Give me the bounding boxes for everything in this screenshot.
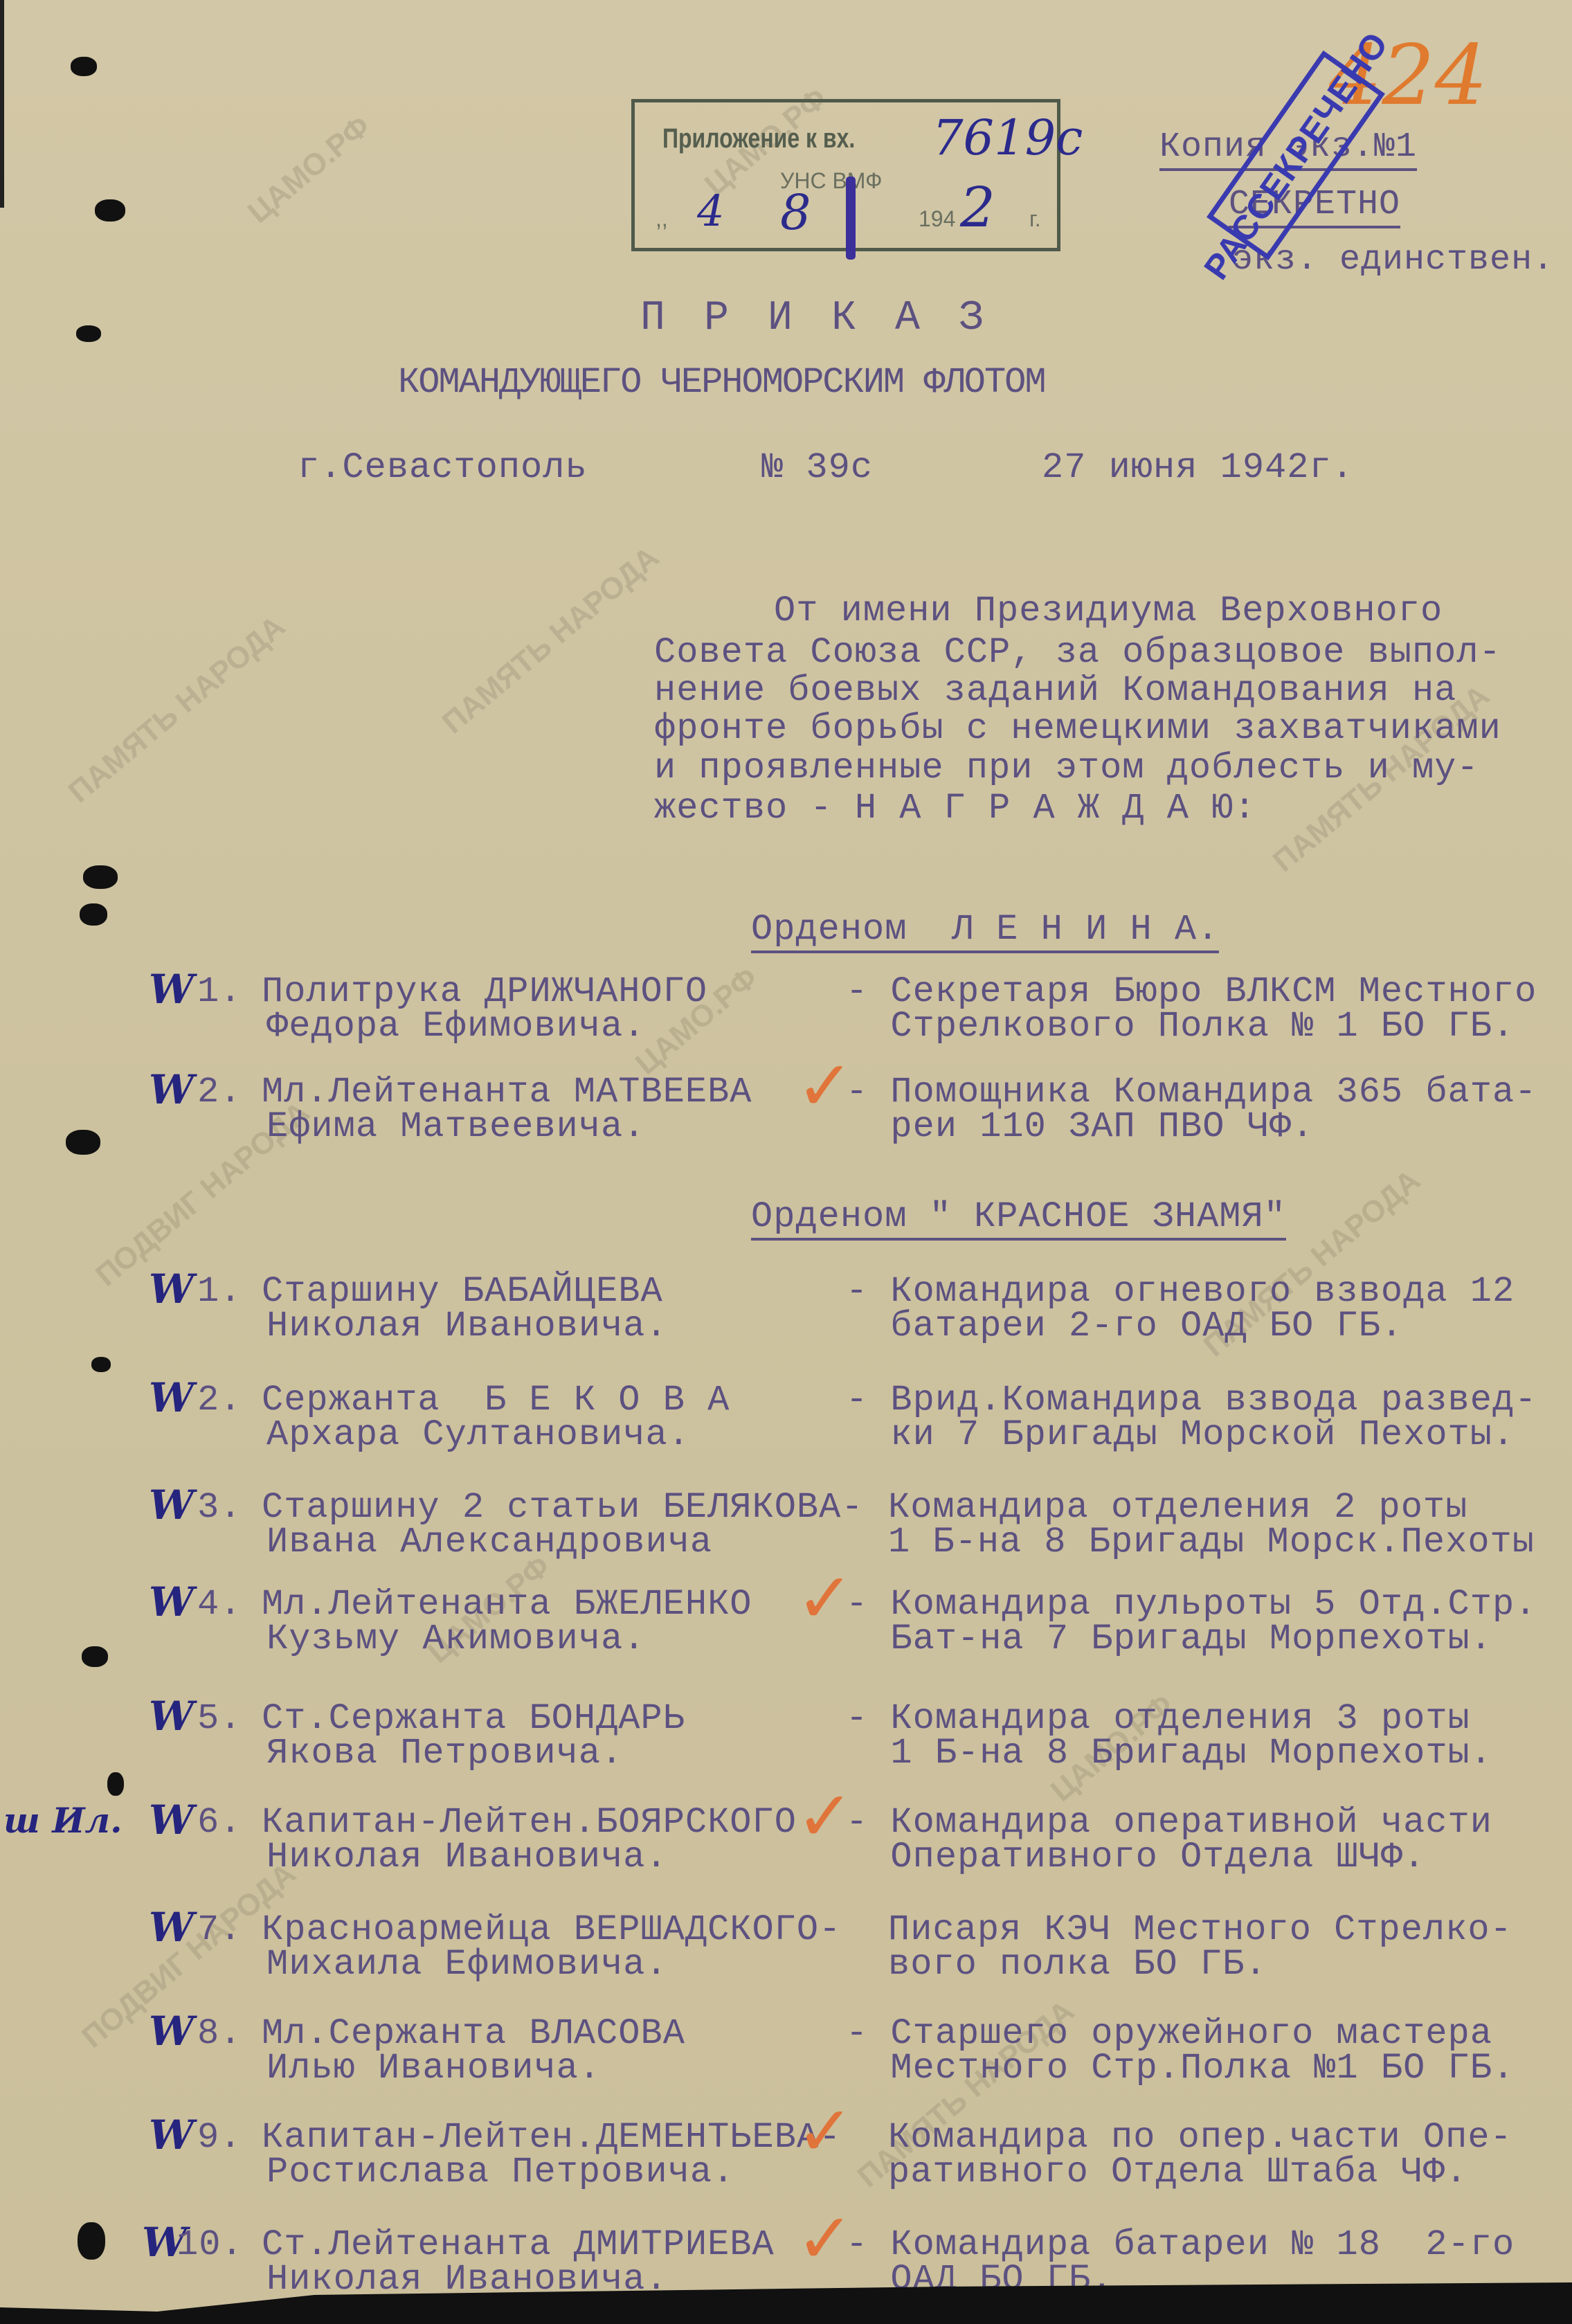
stamp-year-suffix: 2: [960, 175, 995, 240]
entry-given-names: Ефима Матвеевича.: [266, 1108, 646, 1146]
tick-mark-icon: W: [149, 1693, 194, 1740]
entry-position: вого полка БО ГБ.: [888, 1945, 1267, 1984]
check-mark-icon: ✓: [796, 1045, 854, 1126]
entry-given-names: Илью Ивановича.: [266, 2049, 601, 2088]
check-mark-icon: ✓: [796, 2091, 854, 2172]
stamp-year-g: г.: [1029, 206, 1041, 232]
entry-number: 8.: [197, 2015, 242, 2053]
entry-position: 1 Б-на 8 Бригады Морск.Пехоты: [888, 1523, 1535, 1562]
entry-given-names: Михаила Ефимовича.: [266, 1945, 668, 1984]
order-title: П Р И К А З: [640, 299, 991, 338]
entry-given-names: Кузьму Акимовича.: [266, 1620, 646, 1659]
punch-hole: [76, 325, 101, 342]
document-page: ЦАМО.РФ ЦАМО.РФ ПАМЯТЬ НАРОДА ПАМЯТЬ НАР…: [0, 0, 1572, 2324]
entry-position: ки 7 Бригады Морской Пехоты.: [846, 1416, 1515, 1454]
stamp-number: 7619с: [932, 109, 1083, 166]
entry-given-names: Архара Султановича.: [266, 1416, 690, 1454]
tick-mark-icon: W: [149, 1066, 194, 1113]
entry-position: Оперативного Отдела ШЧФ.: [846, 1838, 1425, 1877]
stamp-day: 4: [697, 186, 724, 236]
tick-mark-icon: W: [149, 2111, 194, 2159]
preamble-line: и проявленные при этом доблесть и му-: [654, 749, 1479, 788]
entry-given-names: Николая Ивановича.: [266, 1307, 668, 1346]
preamble-line: нение боевых заданий Командования на: [654, 672, 1456, 710]
preamble-line: фронте борьбы с немецкими захватчиками: [654, 710, 1501, 748]
stamp-year-prefix: 194: [919, 206, 955, 232]
section-heading-red-banner: Орденом " КРАСНОЕ ЗНАМЯ": [751, 1198, 1286, 1241]
watermark: ЦАМО.РФ: [242, 109, 377, 230]
entry-given-names: Ивана Александровича: [266, 1523, 712, 1562]
order-subtitle: КОМАНДУЮЩЕГО ЧЕРНОМОРСКИМ ФЛОТОМ: [398, 363, 1045, 402]
tick-mark-icon: W: [149, 1796, 194, 1844]
punch-hole: [66, 1130, 100, 1155]
tick-mark-icon: W: [149, 1265, 194, 1313]
entry-given-names: Николая Ивановича.: [266, 1838, 668, 1877]
punch-hole: [95, 199, 125, 222]
check-mark-icon: ✓: [796, 1558, 854, 1639]
order-date: 27 июня 1942г.: [1042, 449, 1354, 487]
entry-number: 4.: [197, 1585, 242, 1624]
entry-position: Стрелкового Полка № 1 БО ГБ.: [846, 1007, 1515, 1046]
scan-edge: [0, 0, 4, 208]
preamble-line: Совета Союза ССР, за образцовое выпол-: [654, 633, 1501, 672]
stamp-month: 8: [780, 184, 811, 241]
watermark: ПАМЯТЬ НАРОДА: [436, 540, 666, 741]
entry-number: 1.: [197, 973, 242, 1011]
preamble-line: От имени Президиума Верховного: [774, 592, 1443, 631]
stamp-label: Приложение к вх.: [662, 123, 855, 154]
entry-position: ративного Отдела Штаба ЧФ.: [888, 2153, 1467, 2192]
punch-hole: [78, 2222, 105, 2260]
tick-mark-icon: W: [149, 1374, 194, 1421]
entry-number: 10.: [177, 2226, 244, 2264]
copies-label: экз. единствен.: [1232, 241, 1554, 280]
punch-hole: [91, 1357, 111, 1372]
entry-number: 2.: [197, 1073, 242, 1112]
section-heading-lenin: Орденом Л Е Н И Н А.: [751, 910, 1219, 953]
punch-hole: [107, 1772, 124, 1796]
entry-number: 7.: [197, 1911, 242, 1949]
check-mark-icon: ✓: [796, 2198, 854, 2279]
entry-number: 5.: [197, 1700, 242, 1738]
punch-hole: [82, 1646, 108, 1667]
margin-note: ш Ил.: [3, 1800, 123, 1841]
tick-mark-icon: W: [149, 1904, 194, 1951]
entry-position: реи 110 ЗАП ПВО ЧФ.: [846, 1108, 1314, 1146]
entry-given-names: Якова Петровича.: [266, 1734, 623, 1773]
tick-mark-icon: W: [149, 2008, 194, 2055]
entry-number: 3.: [197, 1488, 242, 1527]
preamble-line: жество - Н А Г Р А Ж Д А Ю:: [654, 789, 1256, 828]
tick-mark-icon: W: [149, 966, 194, 1013]
entry-given-names: Федора Ефимовича.: [266, 1007, 646, 1046]
tick-mark-icon: W: [149, 1578, 194, 1625]
scan-background: [0, 2282, 1572, 2324]
order-number: № 39с: [761, 449, 873, 487]
entry-position: Местного Стр.Полка №1 БО ГБ.: [846, 2049, 1515, 2088]
punch-hole: [83, 865, 118, 889]
entry-number: 1.: [197, 1272, 242, 1311]
entry-position: Бат-на 7 Бригады Морпехоты.: [846, 1620, 1492, 1659]
entry-number: 9.: [197, 2118, 242, 2157]
entry-position: 1 Б-на 8 Бригады Морпехоты.: [846, 1734, 1492, 1773]
watermark: ПАМЯТЬ НАРОДА: [62, 609, 292, 810]
tick-mark-icon: W: [149, 1481, 194, 1529]
check-mark-icon: ✓: [796, 1776, 854, 1857]
entry-position: батареи 2-го ОАД БО ГБ.: [846, 1307, 1403, 1346]
punch-hole: [71, 57, 97, 76]
entry-number: 2.: [197, 1381, 242, 1420]
ink-stroke: [846, 177, 856, 260]
order-city: г.Севастополь: [298, 449, 588, 487]
entry-number: 6.: [197, 1803, 242, 1842]
punch-hole: [80, 903, 107, 926]
entry-given-names: Ростислава Петровича.: [266, 2153, 734, 2192]
